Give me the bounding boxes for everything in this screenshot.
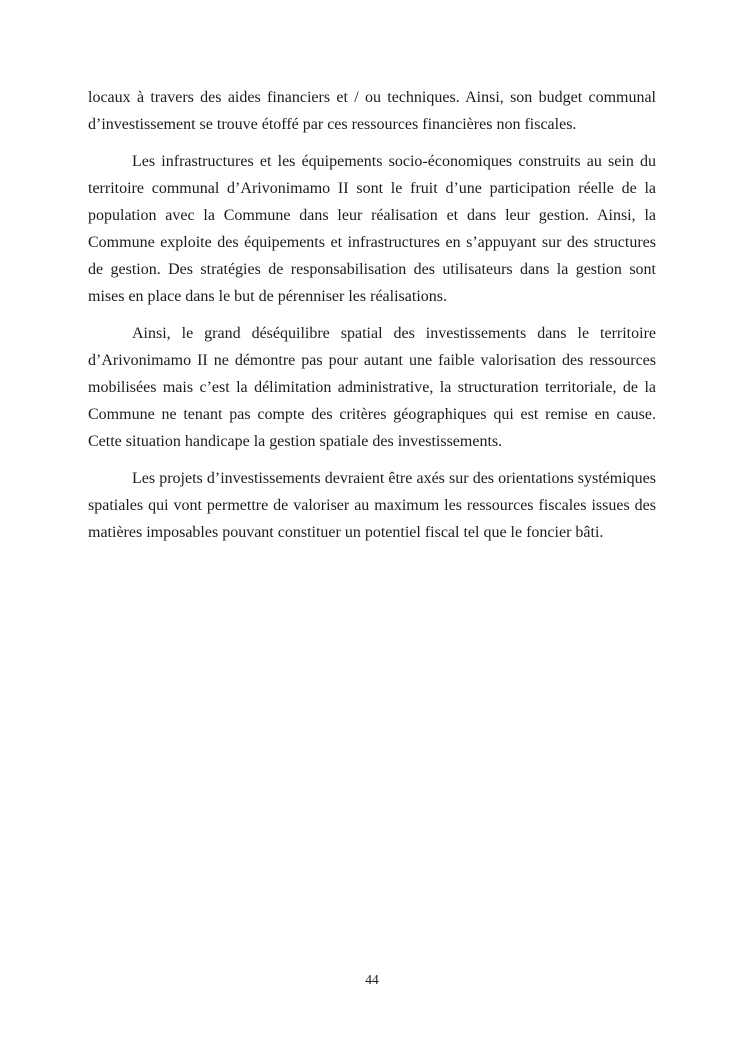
document-page: locaux à travers des aides financiers et… (0, 0, 744, 1053)
paragraph-3: Ainsi, le grand déséquilibre spatial des… (88, 320, 656, 455)
document-body: locaux à travers des aides financiers et… (88, 84, 656, 556)
paragraph-1: locaux à travers des aides financiers et… (88, 84, 656, 138)
paragraph-2: Les infrastructures et les équipements s… (88, 148, 656, 310)
paragraph-4: Les projets d’investissements devraient … (88, 465, 656, 546)
page-number: 44 (0, 972, 744, 988)
